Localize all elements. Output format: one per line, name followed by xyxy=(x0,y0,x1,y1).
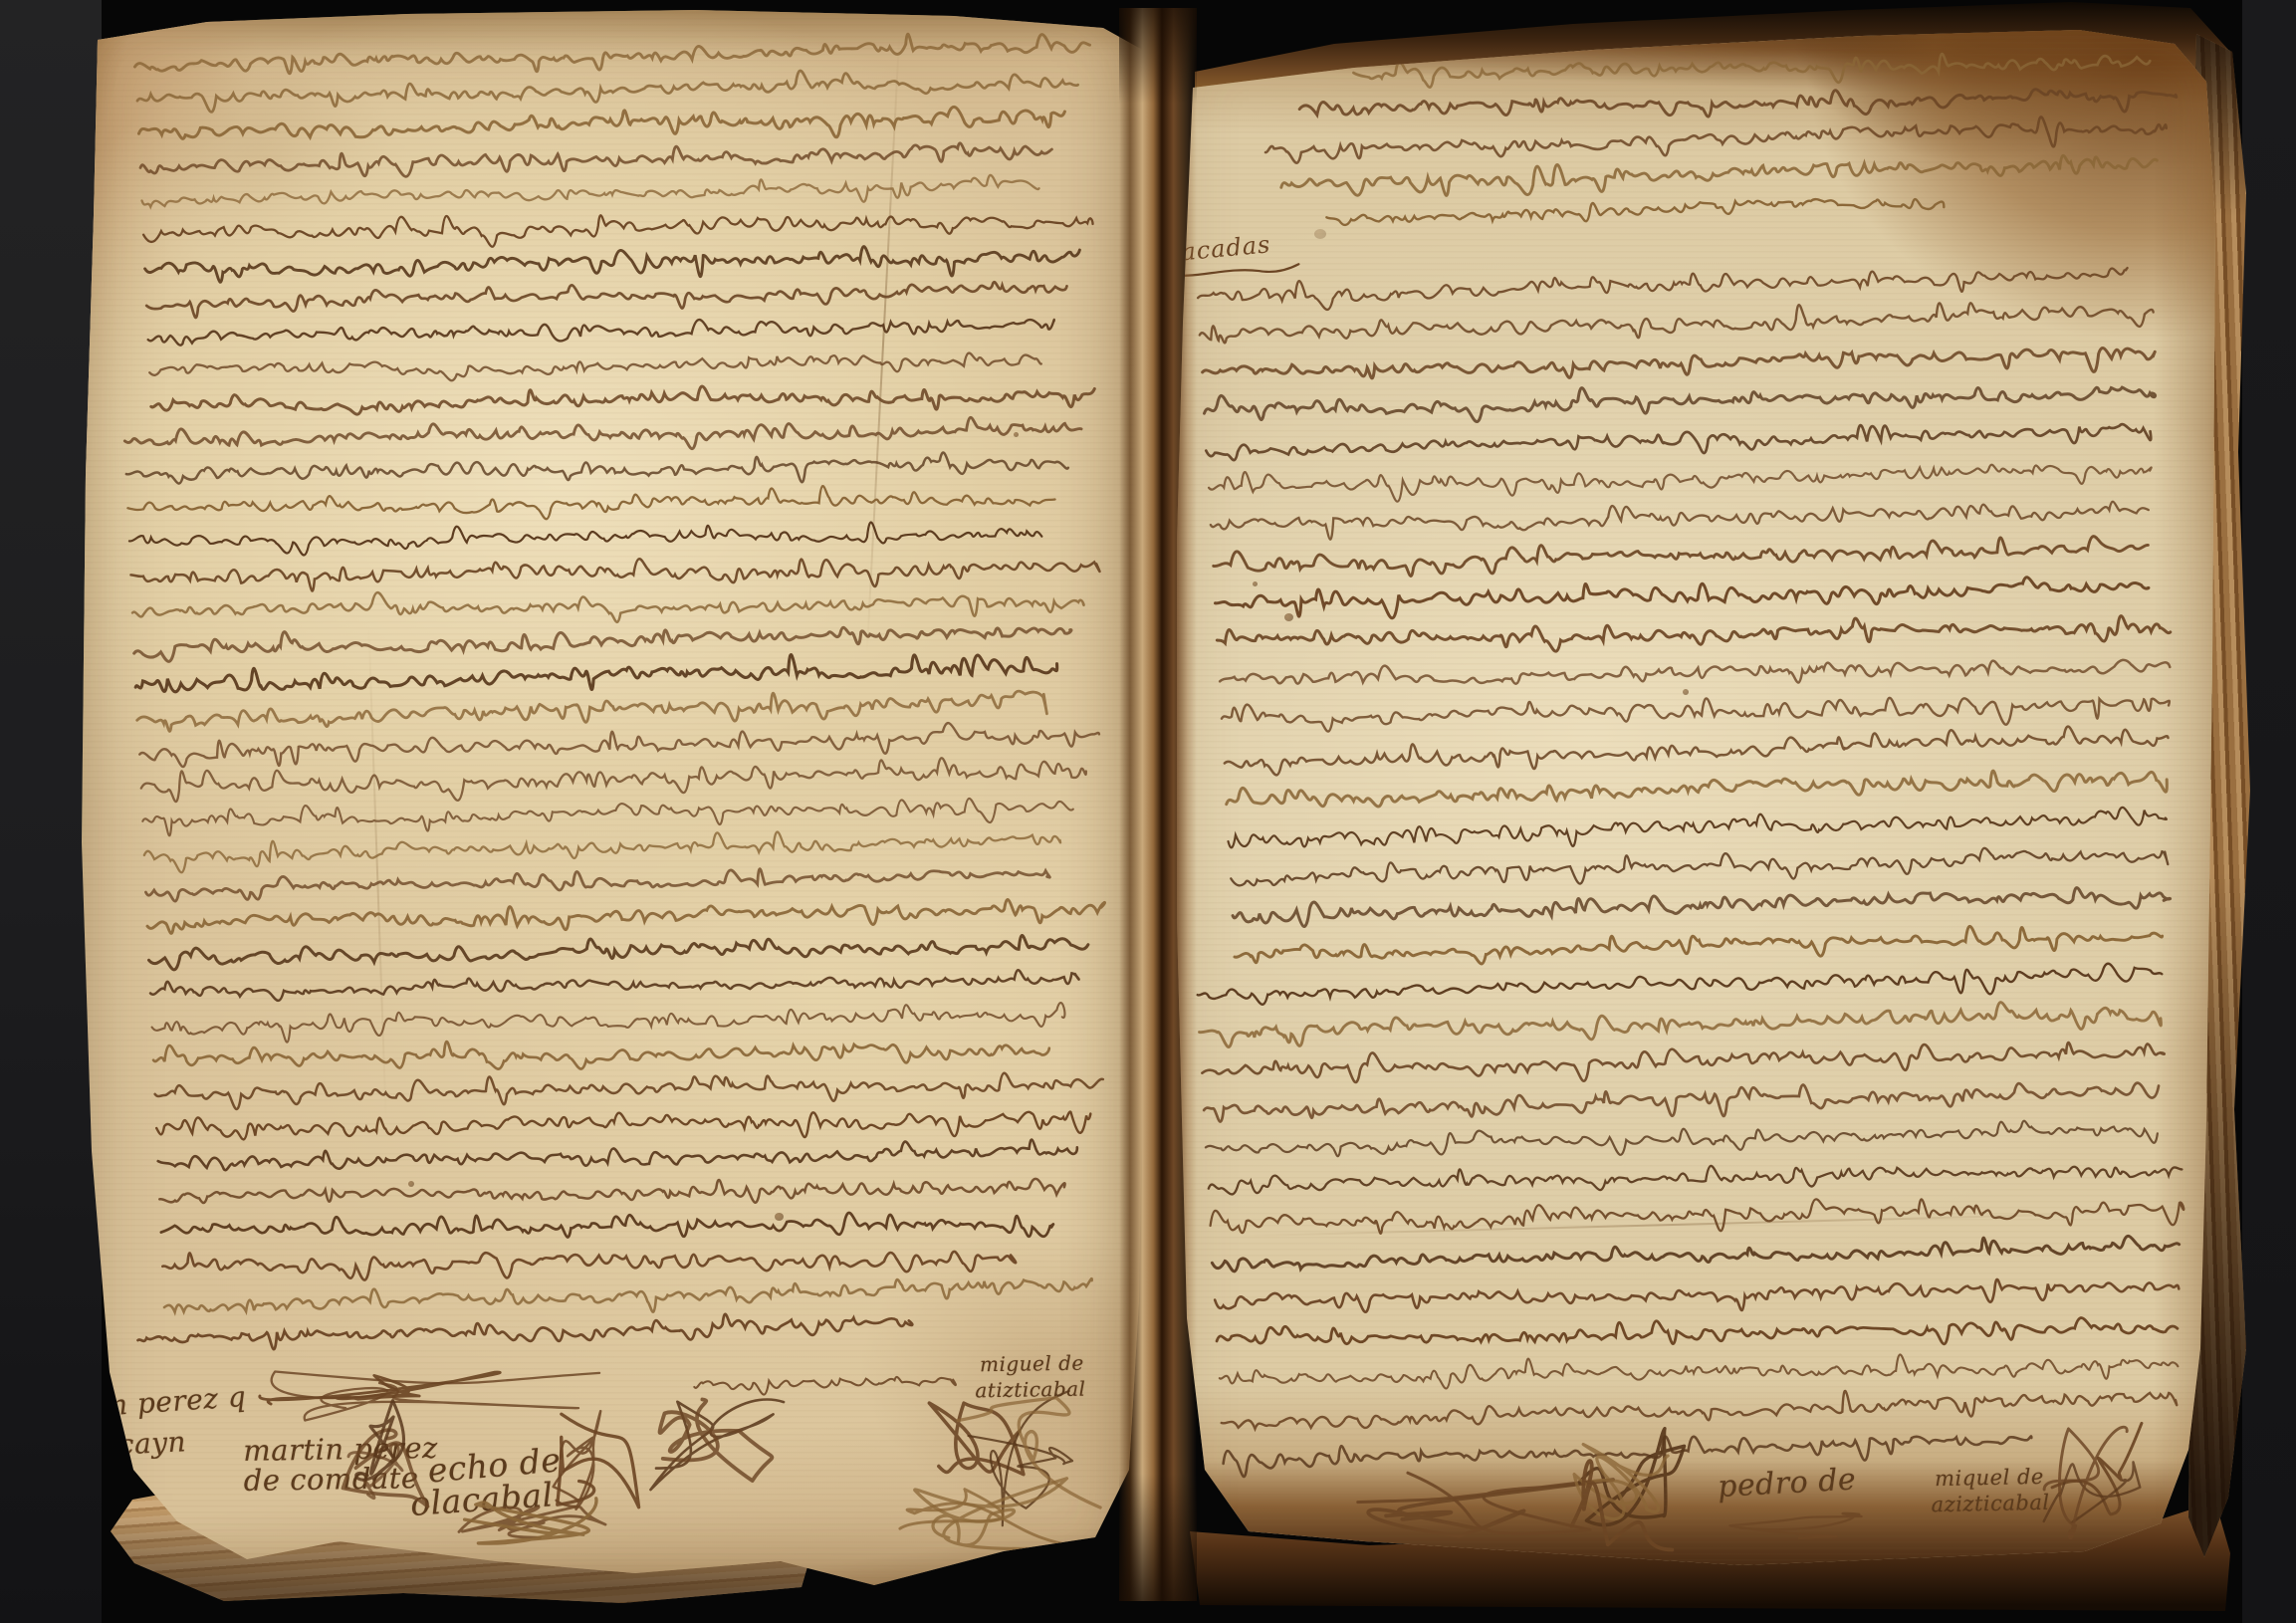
signature-miquel-azizticabal-line1: miquel de xyxy=(1935,1465,2044,1491)
signature-flourish xyxy=(338,1400,439,1516)
signature-flourish xyxy=(1566,1424,1689,1555)
manuscript-photo: yn perez q alcayn martin perez de comdat… xyxy=(0,0,2296,1623)
signature-flourish xyxy=(877,1476,1107,1559)
signature-flourish xyxy=(1722,1506,1903,1549)
signature-pedro-de: pedro de xyxy=(1717,1462,1857,1505)
right-page: sacadas pedro de miquel de azizticabal xyxy=(1165,24,2228,1601)
left-page: yn perez q alcayn martin perez de comdat… xyxy=(78,6,1148,1588)
right-page-handwriting: sacadas pedro de miquel de azizticabal xyxy=(1149,13,2245,1612)
signature-miquel-azizticabal-line2: azizticabal xyxy=(1931,1491,2049,1516)
handwriting-line xyxy=(694,1366,954,1408)
signature-flourish xyxy=(439,1490,639,1552)
left-page-handwriting: yn perez q alcayn martin perez de comdat… xyxy=(66,0,1161,1596)
background-strip-right xyxy=(2242,0,2296,1623)
signature-margin-line2: alcayn xyxy=(91,1425,186,1463)
